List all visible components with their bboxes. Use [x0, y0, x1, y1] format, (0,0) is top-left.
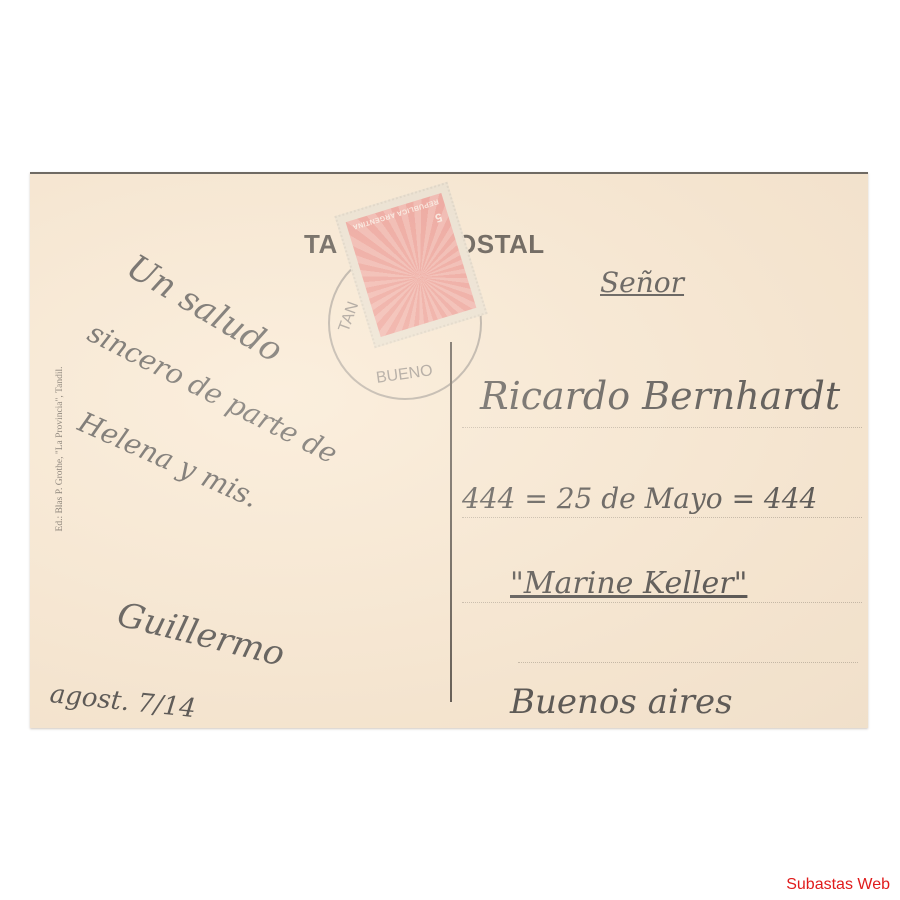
postcard-header-left: TA — [304, 229, 338, 260]
postmark-text-bottom: BUENO — [375, 362, 434, 388]
address-line-3 — [462, 602, 862, 603]
address-line-4 — [518, 662, 858, 663]
watermark-text: Subastas Web — [786, 876, 890, 894]
postcard: TA OSTAL Ed.: Blas P. Grothe, "La Provin… — [30, 172, 868, 728]
address-line-1 — [462, 427, 862, 428]
publisher-note: Ed.: Blas P. Grothe, "La Provincia", Tan… — [55, 299, 65, 599]
date-note: agost. 7/14 — [48, 679, 197, 724]
address-salutation: Señor — [600, 266, 684, 299]
stamp-value: 5 — [434, 210, 444, 225]
address-recipient: Ricardo Bernhardt — [480, 374, 840, 418]
address-city: Buenos aires — [510, 682, 733, 722]
address-line-2 — [462, 517, 862, 518]
stamp-image: REPUBLICA ARGENTINA 5 — [346, 193, 477, 337]
address-street: 444 = 25 de Mayo = 444 — [462, 482, 817, 515]
address-divider — [450, 342, 452, 702]
signature: Guillermo — [113, 595, 288, 675]
stamp-country-text: REPUBLICA ARGENTINA — [347, 196, 445, 232]
address-building: "Marine Keller" — [510, 566, 747, 601]
postmark-text-left: TAN — [336, 299, 363, 334]
